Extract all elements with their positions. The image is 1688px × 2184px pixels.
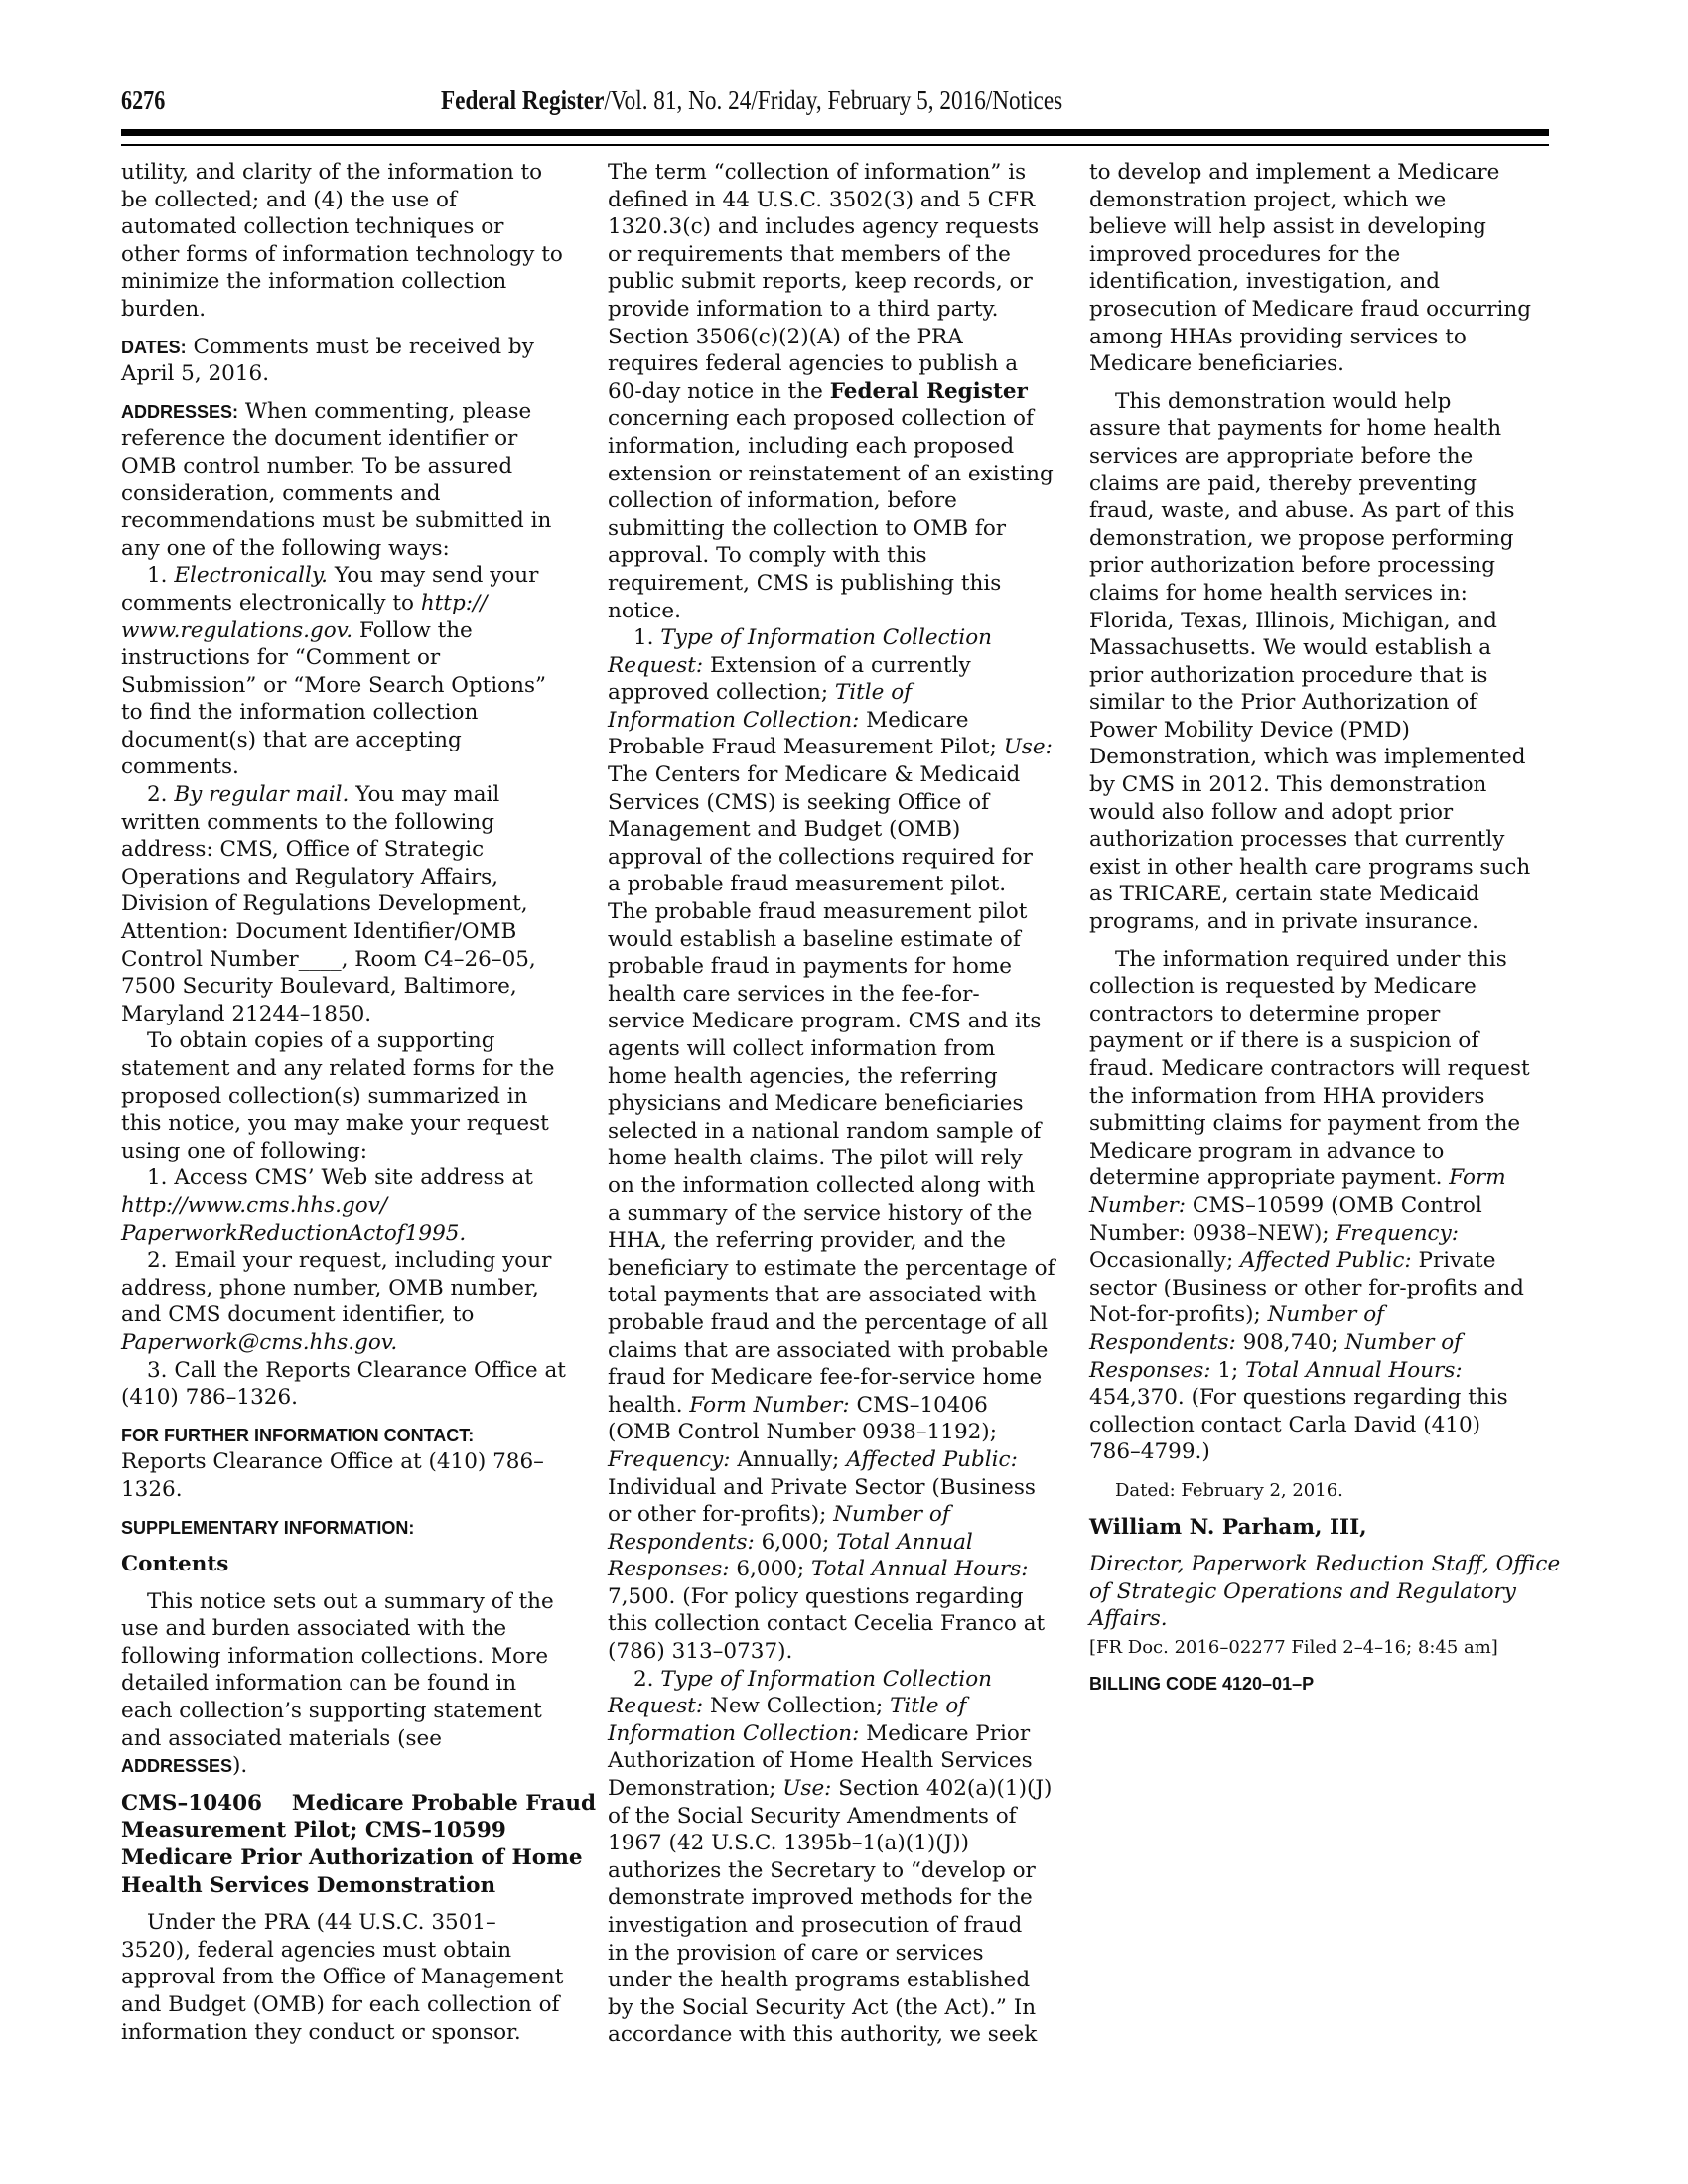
text: under the health programs established	[608, 1968, 1030, 1992]
text-line: and CMS document identifier, to	[121, 1301, 588, 1329]
spacer	[121, 1541, 588, 1551]
text-line: determine appropriate payment. Form	[1089, 1164, 1556, 1192]
text: other forms of information technology to	[121, 242, 563, 267]
text-line: use and burden associated with the	[121, 1615, 588, 1643]
text: payment or if there is a suspicion of	[1089, 1028, 1478, 1053]
text: Section 3506(c)(2)(A) of the PRA	[608, 325, 963, 349]
text-line: Affairs.	[1089, 1605, 1556, 1633]
text: demonstrate improved methods for the	[608, 1885, 1033, 1910]
text: identification, investigation, and	[1089, 269, 1440, 294]
text-line: agents will collect information from	[608, 1035, 1074, 1063]
italic-text: By regular mail.	[174, 782, 349, 807]
text-line: claims for home health services in:	[1089, 580, 1556, 608]
text: approval from the Office of Management	[121, 1965, 563, 1989]
text-line: utility, and clarity of the information …	[121, 159, 588, 187]
text: following information collections. More	[121, 1644, 548, 1669]
text-line: as TRICARE, certain state Medicaid	[1089, 881, 1556, 908]
text-line: demonstration project, which we	[1089, 187, 1556, 214]
text: as TRICARE, certain state Medicaid	[1089, 882, 1479, 906]
text: The term “collection of information” is	[608, 160, 1026, 185]
text: Section 402(a)(1)(J)	[831, 1776, 1052, 1801]
column-left: utility, and clarity of the information …	[121, 159, 588, 2046]
text: (786) 313–0737).	[608, 1639, 792, 1664]
text-line: 2. Email your request, including your	[121, 1247, 588, 1275]
text-line: authorization processes that currently	[1089, 826, 1556, 854]
spacer	[121, 324, 588, 334]
text-line: among HHAs providing services to	[1089, 324, 1556, 351]
text-line: selected in a national random sample of	[608, 1118, 1074, 1146]
text-line: requires federal agencies to publish a	[608, 350, 1074, 378]
text-line: or requirements that members of the	[608, 241, 1074, 269]
text-line: This demonstration would help	[1089, 388, 1556, 416]
text: 7500 Security Boulevard, Baltimore,	[121, 974, 517, 999]
text-line: 2. Type of Information Collection	[608, 1666, 1074, 1694]
text: Individual and Private Sector (Business	[608, 1475, 1036, 1500]
text-line: a probable fraud measurement pilot.	[608, 871, 1074, 898]
text-line: and Budget (OMB) for each collection of	[121, 1991, 588, 2019]
text: using one of following:	[121, 1139, 367, 1163]
text: fraud for Medicare fee-for-service home	[608, 1365, 1042, 1390]
text-line: detailed information can be found in	[121, 1670, 588, 1698]
text: To obtain copies of a supporting	[147, 1028, 495, 1053]
text-line: 1. Type of Information Collection	[608, 624, 1074, 652]
text-line: Division of Regulations Development,	[121, 890, 588, 918]
text: utility, and clarity of the information …	[121, 160, 542, 185]
text: demonstration, we propose performing	[1089, 526, 1513, 551]
section-label: SUPPLEMENTARY INFORMATION:	[121, 1518, 414, 1538]
text-line: Responses: 6,000; Total Annual Hours:	[608, 1556, 1074, 1583]
column-middle: The term “collection of information” isd…	[608, 159, 1074, 2049]
text-line: contractors to determine proper	[1089, 1001, 1556, 1028]
text-line: this collection contact Cecelia Franco a…	[608, 1610, 1074, 1638]
text-line: to develop and implement a Medicare	[1089, 159, 1556, 187]
text: New Collection;	[703, 1694, 890, 1718]
text-line: accordance with this authority, we seek	[608, 2021, 1074, 2049]
text-line: The term “collection of information” is	[608, 159, 1074, 187]
header-rule-thick	[121, 129, 1549, 136]
text: approval. To comply with this	[608, 543, 927, 568]
spacer	[1089, 936, 1556, 946]
text-line: health care services in the fee-for-	[608, 981, 1074, 1009]
text: 908,740;	[1236, 1330, 1345, 1355]
text: 1. Access CMS’ Web site address at	[147, 1165, 533, 1190]
text-line: Demonstration, which was implemented	[1089, 744, 1556, 771]
text: health.	[608, 1393, 689, 1418]
text-line: investigation and prosecution of fraud	[608, 1912, 1074, 1940]
text: 1;	[1211, 1358, 1246, 1383]
spacer	[1089, 1660, 1556, 1670]
text: would also follow and adopt prior	[1089, 800, 1453, 825]
text-line: this notice, you may make your request	[121, 1110, 588, 1138]
text: Attention: Document Identifier/OMB	[121, 919, 516, 944]
text: 2. Email your request, including your	[147, 1248, 551, 1273]
section-label: FOR FURTHER INFORMATION CONTACT:	[121, 1426, 474, 1445]
text-line: Submission” or “More Search Options”	[121, 672, 588, 700]
text: 6,000;	[730, 1557, 811, 1581]
text-line: Maryland 21244–1850.	[121, 1001, 588, 1028]
text-line: Request: New Collection; Title of	[608, 1693, 1074, 1720]
italic-text: Information Collection:	[608, 1721, 859, 1746]
bold-text: Health Services Demonstration	[121, 1873, 495, 1898]
text: on the information collected along with	[608, 1173, 1035, 1198]
bold-text: Contents	[121, 1552, 228, 1576]
text: OMB control number. To be assured	[121, 454, 512, 478]
text: concerning each proposed collection of	[608, 406, 1034, 431]
text-line: 1967 (42 U.S.C. 1395b–1(a)(1)(J))	[608, 1830, 1074, 1857]
text-line: address: CMS, Office of Strategic	[121, 836, 588, 864]
text: in the provision of care or services	[608, 1941, 984, 1966]
text-line: programs, and in private insurance.	[1089, 908, 1556, 936]
text-line: 7,500. (For policy questions regarding	[608, 1583, 1074, 1611]
italic-text: Number:	[1089, 1193, 1186, 1218]
text: When commenting, please	[238, 399, 531, 424]
text: Not-for-profits);	[1089, 1302, 1268, 1327]
text: The information required under this	[1115, 947, 1507, 972]
text-line: probable fraud and the percentage of all	[608, 1309, 1074, 1337]
text-line: proposed collection(s) summarized in	[121, 1083, 588, 1111]
text-line: 1. Access CMS’ Web site address at	[121, 1164, 588, 1192]
section-label: ADDRESSES	[121, 1756, 232, 1776]
text: Extension of a currently	[703, 653, 970, 678]
italic-text: Respondents:	[608, 1530, 755, 1555]
text: approval of the collections required for	[608, 845, 1033, 870]
spacer	[1089, 378, 1556, 388]
text-line: consideration, comments and	[121, 480, 588, 508]
text: Number: 0938–NEW);	[1089, 1221, 1336, 1246]
bold-text: CMS–10406 Medicare Probable Fraud	[121, 1791, 596, 1816]
text-line: Management and Budget (OMB)	[608, 816, 1074, 844]
text-line: and associated materials (see	[121, 1725, 588, 1753]
text: Power Mobility Device (PMD)	[1089, 718, 1410, 743]
spacer	[1089, 1466, 1556, 1476]
text: similar to the Prior Authorization of	[1089, 690, 1477, 715]
text-line: beneficiary to estimate the percentage o…	[608, 1255, 1074, 1283]
text-line: under the health programs established	[608, 1967, 1074, 1994]
text-line: www.regulations.gov. Follow the	[121, 617, 588, 645]
text: requirement, CMS is publishing this	[608, 571, 1001, 596]
text-line: Number: 0938–NEW); Frequency:	[1089, 1220, 1556, 1248]
text-line: (410) 786–1326.	[121, 1384, 588, 1412]
text-line: SUPPLEMENTARY INFORMATION:	[121, 1514, 588, 1542]
text: a summary of the service history of the	[608, 1201, 1032, 1226]
text: among HHAs providing services to	[1089, 325, 1467, 349]
italic-text: Respondents:	[1089, 1330, 1236, 1355]
text: information, including each proposed	[608, 434, 1014, 459]
text: health care services in the fee-for-	[608, 982, 980, 1007]
text-line: instructions for “Comment or	[121, 644, 588, 672]
text-line: services are appropriate before the	[1089, 443, 1556, 471]
text: Probable Fraud Measurement Pilot;	[608, 735, 1004, 759]
text-line: Probable Fraud Measurement Pilot; Use:	[608, 734, 1074, 761]
italic-text: http://	[421, 591, 488, 615]
text: Operations and Regulatory Affairs,	[121, 865, 498, 889]
text: the information from HHA providers	[1089, 1084, 1484, 1109]
text: approved collection;	[608, 680, 835, 705]
text: by CMS in 2012. This demonstration	[1089, 772, 1486, 797]
italic-text: Total Annual	[836, 1530, 973, 1555]
text-line: of the Social Security Amendments of	[608, 1803, 1074, 1831]
text-line: Services (CMS) is seeking Office of	[608, 789, 1074, 817]
text: of the Social Security Amendments of	[608, 1804, 1017, 1829]
text-line: April 5, 2016.	[121, 360, 588, 388]
text-line: identification, investigation, and	[1089, 268, 1556, 296]
text-line: 454,370. (For questions regarding this	[1089, 1384, 1556, 1412]
spacer	[121, 1899, 588, 1909]
italic-text: Use:	[782, 1776, 831, 1801]
text: physicians and Medicare beneficiaries	[608, 1091, 1024, 1116]
text-line: comments.	[121, 753, 588, 781]
text: 786–4799.)	[1089, 1439, 1210, 1464]
text-line: recommendations must be submitted in	[121, 507, 588, 535]
text: determine appropriate payment.	[1089, 1165, 1449, 1190]
text-line: prior authorization before processing	[1089, 552, 1556, 580]
text-line: approval of the collections required for	[608, 844, 1074, 872]
text: submitting the collection to OMB for	[608, 516, 1006, 541]
bold-text: Federal Register	[830, 379, 1028, 404]
text: address: CMS, Office of Strategic	[121, 837, 484, 862]
text: April 5, 2016.	[121, 361, 269, 386]
text: Control Number____, Room C4–26–05,	[121, 947, 536, 972]
text: assure that payments for home health	[1089, 416, 1501, 441]
text: would establish a baseline estimate of	[608, 927, 1021, 952]
text: investigation and prosecution of fraud	[608, 1913, 1022, 1938]
text-line: Reports Clearance Office at (410) 786–	[121, 1448, 588, 1476]
text: or requirements that members of the	[608, 242, 1011, 267]
text: agents will collect information from	[608, 1036, 995, 1061]
text: demonstration project, which we	[1089, 188, 1446, 212]
text-line: would establish a baseline estimate of	[608, 926, 1074, 954]
text: or other for-profits);	[608, 1502, 833, 1527]
text: use and burden associated with the	[121, 1616, 506, 1641]
italic-text: Frequency:	[1336, 1221, 1459, 1246]
text-line: following information collections. More	[121, 1643, 588, 1671]
text-line: This notice sets out a summary of the	[121, 1588, 588, 1616]
spacer	[121, 1504, 588, 1514]
text: proposed collection(s) summarized in	[121, 1084, 528, 1109]
italic-text: Electronically.	[174, 563, 328, 588]
text-line: concerning each proposed collection of	[608, 405, 1074, 433]
italic-text: Form	[1449, 1165, 1505, 1190]
text: Medicare	[859, 708, 968, 733]
text-line: be collected; and (4) the use of	[121, 187, 588, 214]
text-line: health. Form Number: CMS–10406	[608, 1392, 1074, 1420]
text: each collection’s supporting statement	[121, 1699, 542, 1723]
text-line: service Medicare program. CMS and its	[608, 1008, 1074, 1035]
text-line: comments electronically to http://	[121, 590, 588, 617]
text: any one of the following ways:	[121, 536, 450, 561]
bold-text: Medicare Prior Authorization of Home	[121, 1845, 583, 1870]
text: defined in 44 U.S.C. 3502(3) and 5 CFR	[608, 188, 1035, 212]
text: prior authorization before processing	[1089, 553, 1495, 578]
text: to find the information collection	[121, 700, 478, 725]
text: Annually;	[731, 1447, 847, 1472]
text-line: The Centers for Medicare & Medicaid	[608, 761, 1074, 789]
text-line: [FR Doc. 2016–02277 Filed 2–4–16; 8:45 a…	[1089, 1633, 1556, 1661]
text: sector (Business or other for-profits an…	[1089, 1276, 1524, 1300]
italic-text: www.regulations.gov.	[121, 618, 352, 643]
text: Maryland 21244–1850.	[121, 1002, 371, 1026]
text-line: fraud. Medicare contractors will request	[1089, 1055, 1556, 1083]
text: public submit reports, keep records, or	[608, 269, 1033, 294]
text: claims that are associated with probable	[608, 1338, 1048, 1363]
text-line: approval. To comply with this	[608, 542, 1074, 570]
text: instructions for “Comment or	[121, 645, 440, 670]
text: 454,370. (For questions regarding this	[1089, 1385, 1508, 1410]
italic-text: Type of Information Collection	[660, 625, 992, 650]
text: Under the PRA (44 U.S.C. 3501–	[147, 1910, 496, 1935]
italic-text: Number of	[1345, 1330, 1463, 1355]
text: notice.	[608, 599, 681, 623]
text-line: Paperwork@cms.hhs.gov.	[121, 1329, 588, 1357]
italic-text: Form Number:	[689, 1393, 849, 1418]
text-line: physicians and Medicare beneficiaries	[608, 1090, 1074, 1118]
text-line: any one of the following ways:	[121, 535, 588, 563]
text-line: Demonstration; Use: Section 402(a)(1)(J)	[608, 1775, 1074, 1803]
text-line: by CMS in 2012. This demonstration	[1089, 771, 1556, 799]
text-line: or other for-profits); Number of	[608, 1501, 1074, 1529]
text-line: home health claims. The pilot will rely	[608, 1145, 1074, 1172]
text: comments electronically to	[121, 591, 421, 615]
text-line: Contents	[121, 1551, 588, 1578]
text: fraud. Medicare contractors will request	[1089, 1056, 1530, 1081]
text-line: 1. Electronically. You may send your	[121, 562, 588, 590]
text: Medicare Prior	[859, 1721, 1030, 1746]
text-line: Not-for-profits); Number of	[1089, 1301, 1556, 1329]
text-line: Medicare program in advance to	[1089, 1138, 1556, 1165]
text: address, phone number, OMB number,	[121, 1276, 539, 1300]
text: this notice, you may make your request	[121, 1111, 549, 1136]
spacer	[121, 1578, 588, 1588]
text-line: information, including each proposed	[608, 433, 1074, 461]
text-line: requirement, CMS is publishing this	[608, 570, 1074, 598]
text-line: payment or if there is a suspicion of	[1089, 1027, 1556, 1055]
text: Services (CMS) is seeking Office of	[608, 790, 989, 815]
text: recommendations must be submitted in	[121, 508, 551, 533]
italic-text: Number of	[1268, 1302, 1385, 1327]
text-line: believe will help assist in developing	[1089, 213, 1556, 241]
italic-text: Responses:	[1089, 1358, 1211, 1383]
text-line: would also follow and adopt prior	[1089, 799, 1556, 827]
header-rule-thin	[121, 144, 1549, 146]
text-line: Respondents: 908,740; Number of	[1089, 1329, 1556, 1357]
italic-text: Request:	[608, 653, 703, 678]
text: 6,000;	[755, 1530, 836, 1555]
text-line: submitting claims for payment from the	[1089, 1110, 1556, 1138]
text: detailed information can be found in	[121, 1671, 516, 1696]
italic-text: Number of	[833, 1502, 950, 1527]
text-line: each collection’s supporting statement	[121, 1698, 588, 1725]
text: Demonstration;	[608, 1776, 782, 1801]
text-line: Authorization of Home Health Services	[608, 1747, 1074, 1775]
text: 3. Call the Reports Clearance Office at	[147, 1358, 566, 1383]
text-line: public submit reports, keep records, or	[608, 268, 1074, 296]
text-line: Information Collection: Medicare	[608, 707, 1074, 735]
text: 1320.3(c) and includes agency requests	[608, 214, 1039, 239]
text: provide information to a third party.	[608, 297, 999, 322]
text: extension or reinstatement of an existin…	[608, 462, 1054, 486]
italic-text: Affected Public:	[846, 1447, 1018, 1472]
text-line: Section 3506(c)(2)(A) of the PRA	[608, 324, 1074, 351]
text-line: 1320.3(c) and includes agency requests	[608, 213, 1074, 241]
text: total payments that are associated with	[608, 1283, 1037, 1307]
text: comments.	[121, 754, 239, 779]
italic-text: Total Annual Hours:	[1245, 1358, 1462, 1383]
text: Massachusetts. We would establish a	[1089, 635, 1491, 660]
text: Division of Regulations Development,	[121, 891, 528, 916]
text: service Medicare program. CMS and its	[608, 1009, 1041, 1033]
text-line: 786–4799.)	[1089, 1438, 1556, 1466]
text-line: to find the information collection	[121, 699, 588, 727]
text-line: Dated: February 2, 2016.	[1089, 1476, 1556, 1504]
spacer	[121, 1780, 588, 1790]
text-line: minimize the information collection	[121, 268, 588, 296]
text: Medicare beneficiaries.	[1089, 351, 1344, 376]
text-line: 3520), federal agencies must obtain	[121, 1937, 588, 1965]
text-line: Director, Paperwork Reduction Staff, Off…	[1089, 1551, 1556, 1578]
text: home health claims. The pilot will rely	[608, 1146, 1023, 1170]
text-line: The information required under this	[1089, 946, 1556, 974]
text: contractors to determine proper	[1089, 1002, 1440, 1026]
italic-text: Total Annual Hours:	[811, 1557, 1028, 1581]
text: Comments must be received by	[187, 335, 534, 359]
text-line: Information Collection: Medicare Prior	[608, 1720, 1074, 1748]
text: accordance with this authority, we seek	[608, 2022, 1037, 2047]
italic-text: Title of	[890, 1694, 966, 1718]
text-line: prosecution of Medicare fraud occurring	[1089, 296, 1556, 324]
text-line: (786) 313–0737).	[608, 1638, 1074, 1666]
text: The Centers for Medicare & Medicaid	[608, 762, 1020, 787]
text: claims are paid, thereby preventing	[1089, 472, 1477, 496]
text-line: Frequency: Annually; Affected Public:	[608, 1446, 1074, 1474]
text-line: BILLING CODE 4120–01–P	[1089, 1670, 1556, 1698]
text-line: assure that payments for home health	[1089, 415, 1556, 443]
text: authorizes the Secretary to “develop or	[608, 1858, 1036, 1883]
text: probable fraud in payments for home	[608, 954, 1012, 979]
italic-text: Director, Paperwork Reduction Staff, Off…	[1089, 1552, 1560, 1576]
text: 2.	[633, 1667, 660, 1692]
text-line: 3. Call the Reports Clearance Office at	[121, 1357, 588, 1385]
text: 7,500. (For policy questions regarding	[608, 1584, 1024, 1609]
text-line: FOR FURTHER INFORMATION CONTACT:	[121, 1422, 588, 1449]
text-line: a summary of the service history of the	[608, 1200, 1074, 1228]
text: fraud, waste, and abuse. As part of this	[1089, 498, 1515, 523]
text-line: Respondents: 6,000; Total Annual	[608, 1529, 1074, 1557]
text-line: of Strategic Operations and Regulatory	[1089, 1578, 1556, 1606]
text: Authorization of Home Health Services	[608, 1748, 1033, 1773]
text: 60-day notice in the	[608, 379, 830, 404]
text-line: Operations and Regulatory Affairs,	[121, 864, 588, 891]
text-line: collection of information, before	[608, 487, 1074, 515]
text-line: address, phone number, OMB number,	[121, 1275, 588, 1302]
text-line: Power Mobility Device (PMD)	[1089, 717, 1556, 745]
text-line: probable fraud in payments for home	[608, 953, 1074, 981]
text-line: PaperworkReductionActof1995.	[121, 1220, 588, 1248]
text-line: by the Social Security Act (the Act).” I…	[608, 1994, 1074, 2022]
text: You may mail	[349, 782, 499, 807]
text: written comments to the following	[121, 810, 494, 835]
text: and associated materials (see	[121, 1726, 442, 1751]
column-right: to develop and implement a Medicaredemon…	[1089, 159, 1556, 1698]
text-line: the information from HHA providers	[1089, 1083, 1556, 1111]
text-line: approved collection; Title of	[608, 679, 1074, 707]
bold-text: William N. Parham, III,	[1089, 1515, 1367, 1540]
text: Follow the	[352, 618, 473, 643]
text-line: written comments to the following	[121, 809, 588, 837]
text-line: Under the PRA (44 U.S.C. 3501–	[121, 1909, 588, 1937]
text-line: similar to the Prior Authorization of	[1089, 689, 1556, 717]
text: probable fraud and the percentage of all	[608, 1310, 1048, 1335]
text: (410) 786–1326.	[121, 1385, 298, 1410]
